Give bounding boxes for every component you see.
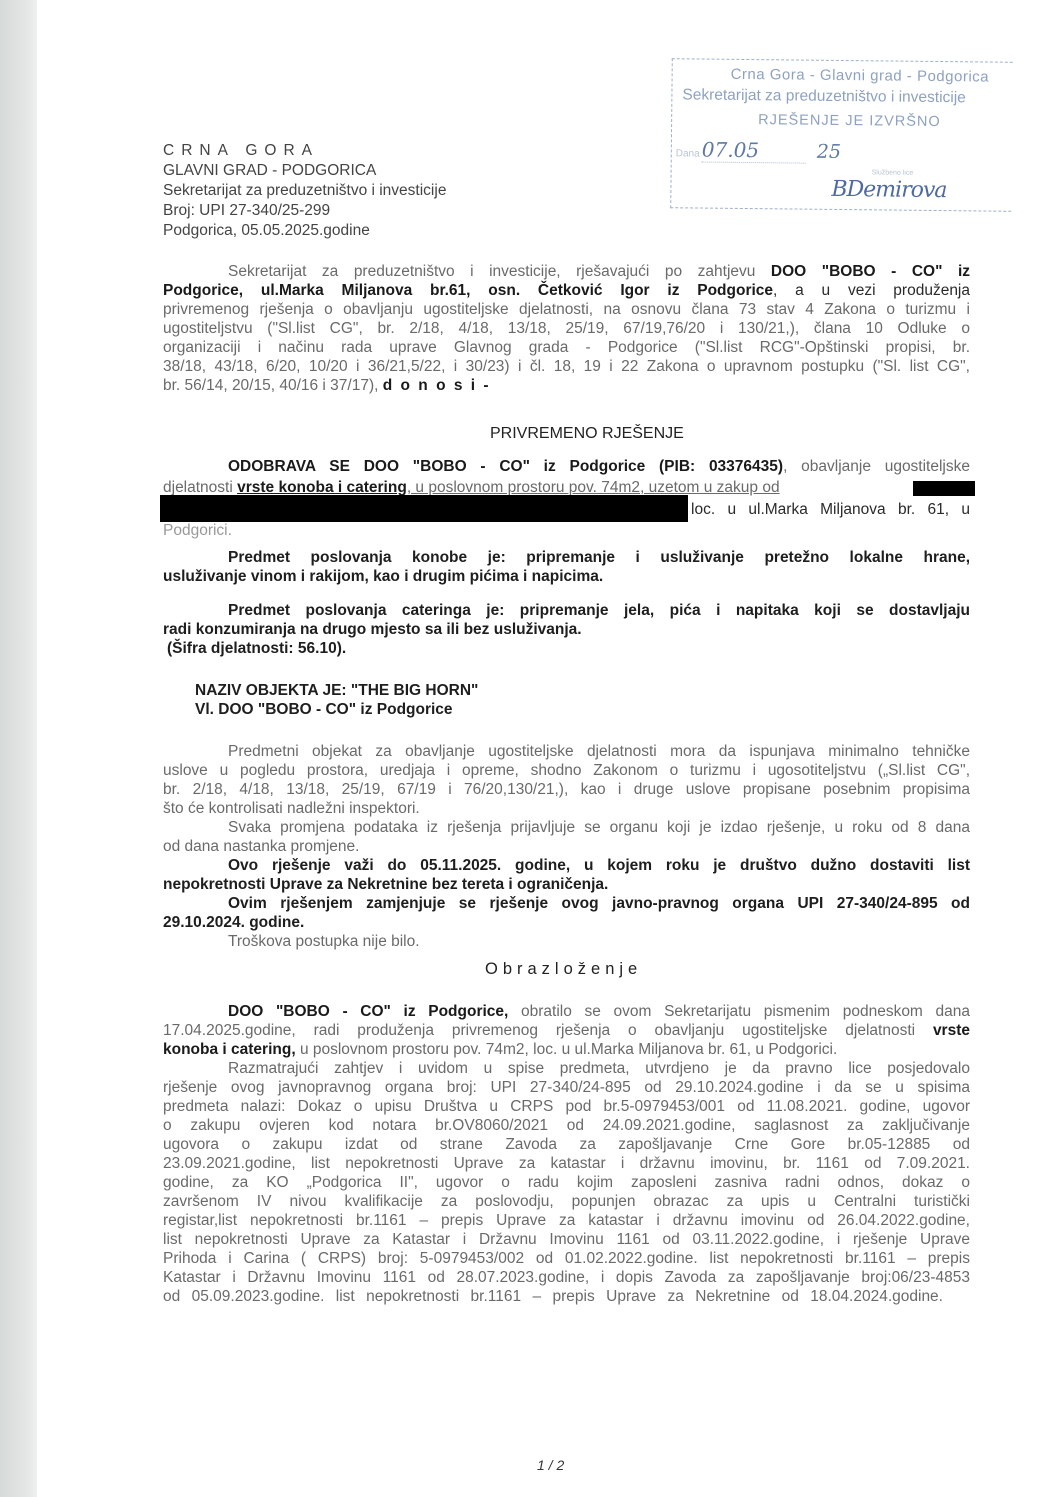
intro-line-4: ugostiteljstvu ("Sl.list CG", br. 2/18, … [163,319,970,338]
intro-line-7: br. 56/14, 20/15, 40/16 i 37/17), d o n … [163,376,970,395]
conditions-line-3: br. 2/18, 4/18, 13/18, 25/19, 67/19 i 76… [163,780,970,799]
approval-line-4: Podgorici. [163,521,970,540]
subject-konoba-line-1: Predmet poslovanja konobe je: pripremanj… [228,548,970,567]
stamp-handwritten-year: 25 [817,141,841,163]
approval-text: djelatnosti [163,479,237,496]
approval-bold: ODOBRAVA SE DOO "BOBO - CO" iz Podgorice… [228,458,783,475]
intro-line-6: 38/18, 43/18, 6/20, 10/20 i 36/21,5/22, … [163,357,970,376]
reasoning-p2-line-11: Prihoda i Carina ( CRPS) broj: 5-0979453… [163,1249,970,1268]
approval-line-3: loc. u ul.Marka Miljanova br. 61, u [691,500,970,519]
intro-line-5: organizaciji i načinu rada uprave Glavno… [163,338,970,357]
reasoning-p1-line-1: DOO "BOBO - CO" iz Podgorice, obratilo s… [228,1002,970,1021]
reasoning-p2-line-9: registar,list nepokretnosti br.1161 – pr… [163,1211,970,1230]
reasoning-title: Obrazloženje [485,960,642,979]
conditions-line-1: Predmetni objekat za obavljanje ugostite… [228,742,970,761]
reasoning-p2-line-12: Katastar i Državnu Imovinu 1161 od 28.07… [163,1268,970,1287]
reasoning-p2-line-4: o zakupu ovjeren kod notara br.OV8060/20… [163,1116,970,1135]
header-place-date: Podgorica, 05.05.2025.godine [163,221,370,240]
intro-line-3: privremenog rješenja o obavljanju ugosti… [163,300,970,319]
donosi-label: d o n o s i - [383,377,491,394]
stamp-line-2: Sekretarijat za preduzetništvo i investi… [682,86,966,107]
intro-line-1: Sekretarijat za preduzetništvo i investi… [228,262,970,281]
reasoning-p2-line-10: list nepokretnosti Uprave za Katastar i … [163,1230,970,1249]
reasoning-p2-line-8: završenom IV nivou kvalifikacije za posl… [163,1192,970,1211]
stamp-line-3: RJEŠENJE JE IZVRŠNO [758,112,941,130]
reasoning-p2-line-13: od 05.09.2023.godine. list nepokretnosti… [163,1287,943,1306]
validity-line-2: nepokretnosti Uprave za Nekretnine bez t… [163,875,970,894]
activity-code: (Šifra djelatnosti: 56.10). [167,639,974,658]
replacement-line-1: Ovim rješenjem zamjenjuje se rješenje ov… [228,894,970,913]
reasoning-p2-line-6: 23.09.2021.godine, list nepokretnosti Up… [163,1154,970,1173]
changes-line-2: od dana nastanka promjene. [163,837,970,856]
intro-line-2: Podgorice, ul.Marka Miljanova br.61, osn… [163,281,970,300]
approval-text: , obavljanje ugostiteljske [783,458,970,475]
intro-text: br. 56/14, 20/15, 40/16 i 37/17), [163,377,383,394]
reasoning-p2-line-3: predmeta nalazi: Dokaz o upisu Društva u… [163,1097,970,1116]
conditions-line-2: uslove u pogledu prostora, uredjaja i op… [163,761,970,780]
intro-text: , a u vezi produženja [773,282,970,299]
page-number: 1 / 2 [537,1457,564,1473]
reasoning-p1-line-3: konoba i catering, u poslovnom prostoru … [163,1040,970,1059]
company-address: Podgorice, ul.Marka Miljanova br.61, osn… [163,282,773,299]
replacement-line-2: 29.10.2024. godine. [163,913,970,932]
costs-note: Troškova postupka nije bilo. [228,932,1035,951]
reasoning-p2-line-1: Razmatrajući zahtjev i uvidom u spise pr… [228,1059,970,1078]
activity-type: vrste [933,1022,970,1039]
company-name: DOO "BOBO - CO" iz Podgorice, [228,1003,508,1020]
reasoning-p1-line-2: 17.04.2025.godine, radi produženja privr… [163,1021,970,1040]
subject-konoba-line-2: usluživanje vinom i rakijom, kao i drugi… [163,567,970,586]
subject-catering-line-1: Predmet poslovanja cateringa je: priprem… [228,601,970,620]
company-name: DOO "BOBO - CO" iz [771,263,970,280]
activity-type: konoba i catering, [163,1041,296,1058]
execution-stamp: Crna Gora - Glavni grad - Podgorica Sekr… [670,58,1013,212]
stamp-handwritten-date: 07.05 [702,138,760,163]
object-owner: Vl. DOO "BOBO - CO" iz Podgorice [195,700,1002,719]
changes-line-1: Svaka promjena podataka iz rješenja prij… [228,818,970,837]
reasoning-text: 17.04.2025.godine, radi produženja privr… [163,1022,933,1039]
decision-title: PRIVREMENO RJEŠENJE [490,425,684,443]
approval-text: , u poslovnom prostoru pov. 74m2, uzetom… [407,479,780,496]
scan-edge [0,0,37,1497]
redaction-box [913,481,975,496]
reasoning-p2-line-7: godine, za KO „Podgorica II", ugovor o r… [163,1173,970,1192]
header-number: Broj: UPI 27-340/25-299 [163,201,330,220]
subject-catering-line-2: radi konzumiranja na drugo mjesto sa ili… [163,620,970,639]
stamp-line-1: Crna Gora - Glavni grad - Podgorica [731,66,990,86]
header-country: CRNA GORA [163,141,319,160]
activity-type: vrste konoba i catering [237,479,407,496]
conditions-line-4: što će kontrolisati nadležni inspektori. [163,799,970,818]
reasoning-p2-line-5: ugovora o zakupu izdat od strane Zavoda … [163,1135,970,1154]
stamp-official-label: Službeno lice [872,169,914,176]
object-name: NAZIV OBJEKTA JE: "THE BIG HORN" [195,681,1002,700]
header-city: GLAVNI GRAD - PODGORICA [163,161,376,180]
redaction-box [160,495,688,522]
header-department: Sekretarijat za preduzetništvo i investi… [163,181,446,200]
reasoning-text: obratilo se ovom Sekretarijatu pismenim … [508,1003,970,1020]
stamp-date-label: Dana [676,148,700,159]
approval-line-1: ODOBRAVA SE DOO "BOBO - CO" iz Podgorice… [228,457,970,476]
reasoning-p2-line-2: rješenje ovog javnopravnog organa broj: … [163,1078,970,1097]
reasoning-text: u poslovnom prostoru pov. 74m2, loc. u u… [296,1041,838,1058]
stamp-signature: BDemirova [831,177,946,203]
intro-text: Sekretarijat za preduzetništvo i investi… [228,263,771,280]
validity-line-1: Ovo rješenje važi do 05.11.2025. godine,… [228,856,970,875]
